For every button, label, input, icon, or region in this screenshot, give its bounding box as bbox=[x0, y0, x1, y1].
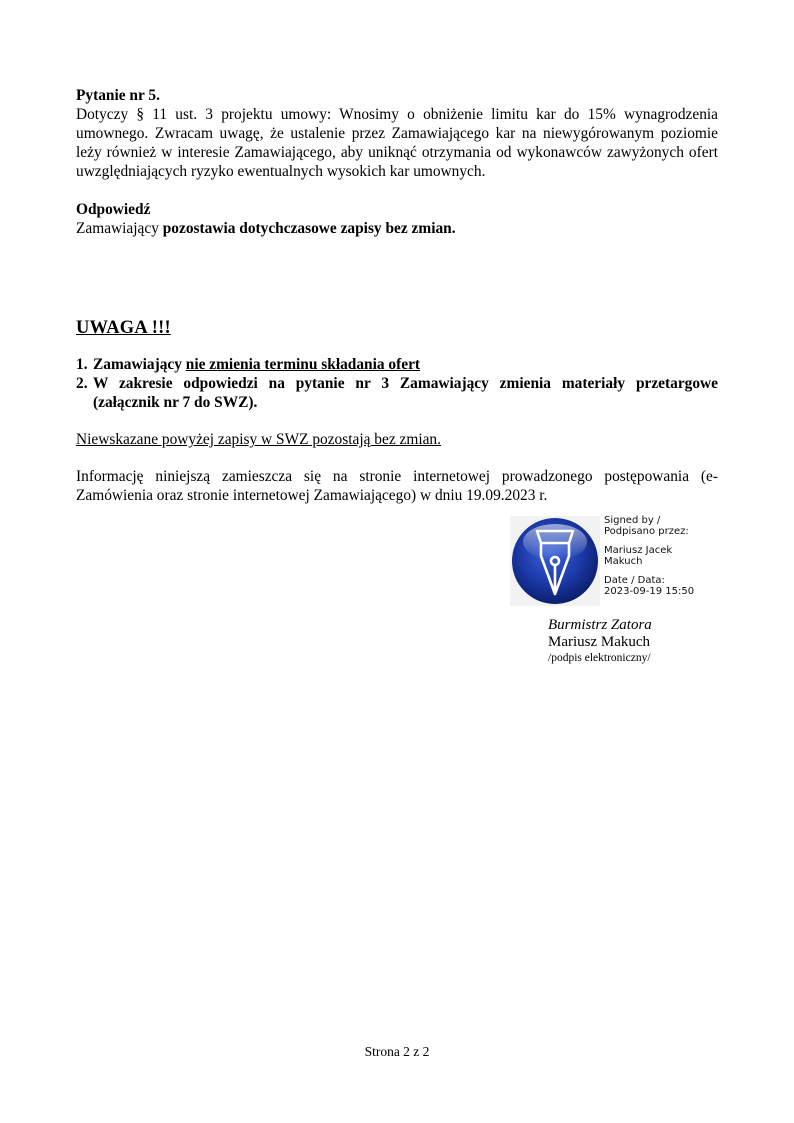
signer-name: Mariusz Makuch bbox=[548, 634, 652, 651]
answer-body: Zamawiający pozostawia dotychczasowe zap… bbox=[76, 219, 718, 238]
signer-name-line-1: Mariusz Jacek bbox=[604, 545, 694, 556]
answer-prefix: Zamawiający bbox=[76, 220, 163, 237]
signed-by-label-pl: Podpisano przez: bbox=[604, 526, 694, 537]
signed-by-label: Signed by / bbox=[604, 515, 694, 526]
answer-heading: Odpowiedź bbox=[76, 200, 718, 219]
question-body: Dotyczy § 11 ust. 3 projektu umowy: Wnos… bbox=[76, 105, 718, 181]
unchanged-note: Niewskazane powyżej zapisy w SWZ pozosta… bbox=[76, 430, 718, 449]
publication-note: Informację niniejszą zamieszcza się na s… bbox=[76, 467, 718, 505]
notice-item-text: W zakresie odpowiedzi na pytanie nr 3 Za… bbox=[93, 375, 718, 411]
notice-item-underlined: nie zmienia terminu składania ofert bbox=[186, 356, 420, 373]
page-number: Strona 2 z 2 bbox=[0, 1044, 794, 1060]
question-heading: Pytanie nr 5. bbox=[76, 86, 718, 105]
notice-item-number: 1. bbox=[76, 355, 88, 374]
notice-item-1: 1. Zamawiający nie zmienia terminu skład… bbox=[76, 355, 718, 374]
fountain-pen-nib-icon bbox=[510, 516, 600, 606]
date-value: 2023-09-19 15:50 bbox=[604, 586, 694, 597]
signature-details: Signed by / Podpisano przez: Mariusz Jac… bbox=[604, 515, 694, 597]
question-section: Pytanie nr 5. Dotyczy § 11 ust. 3 projek… bbox=[76, 86, 718, 238]
notice-title: UWAGA !!! bbox=[76, 318, 171, 339]
notice-item-number: 2. bbox=[76, 374, 88, 393]
signer-block: Burmistrz Zatora Mariusz Makuch /podpis … bbox=[548, 617, 652, 665]
date-label: Date / Data: bbox=[604, 575, 694, 586]
notice-item-text: Zamawiający bbox=[93, 356, 186, 373]
notice-item-2: 2. W zakresie odpowiedzi na pytanie nr 3… bbox=[76, 374, 718, 412]
answer-bold: pozostawia dotychczasowe zapisy bez zmia… bbox=[163, 220, 456, 237]
signer-title: Burmistrz Zatora bbox=[548, 617, 652, 634]
signer-name-line-2: Makuch bbox=[604, 556, 694, 567]
signer-note: /podpis elektroniczny/ bbox=[548, 651, 652, 665]
notice-list: 1. Zamawiający nie zmienia terminu skład… bbox=[76, 355, 718, 412]
